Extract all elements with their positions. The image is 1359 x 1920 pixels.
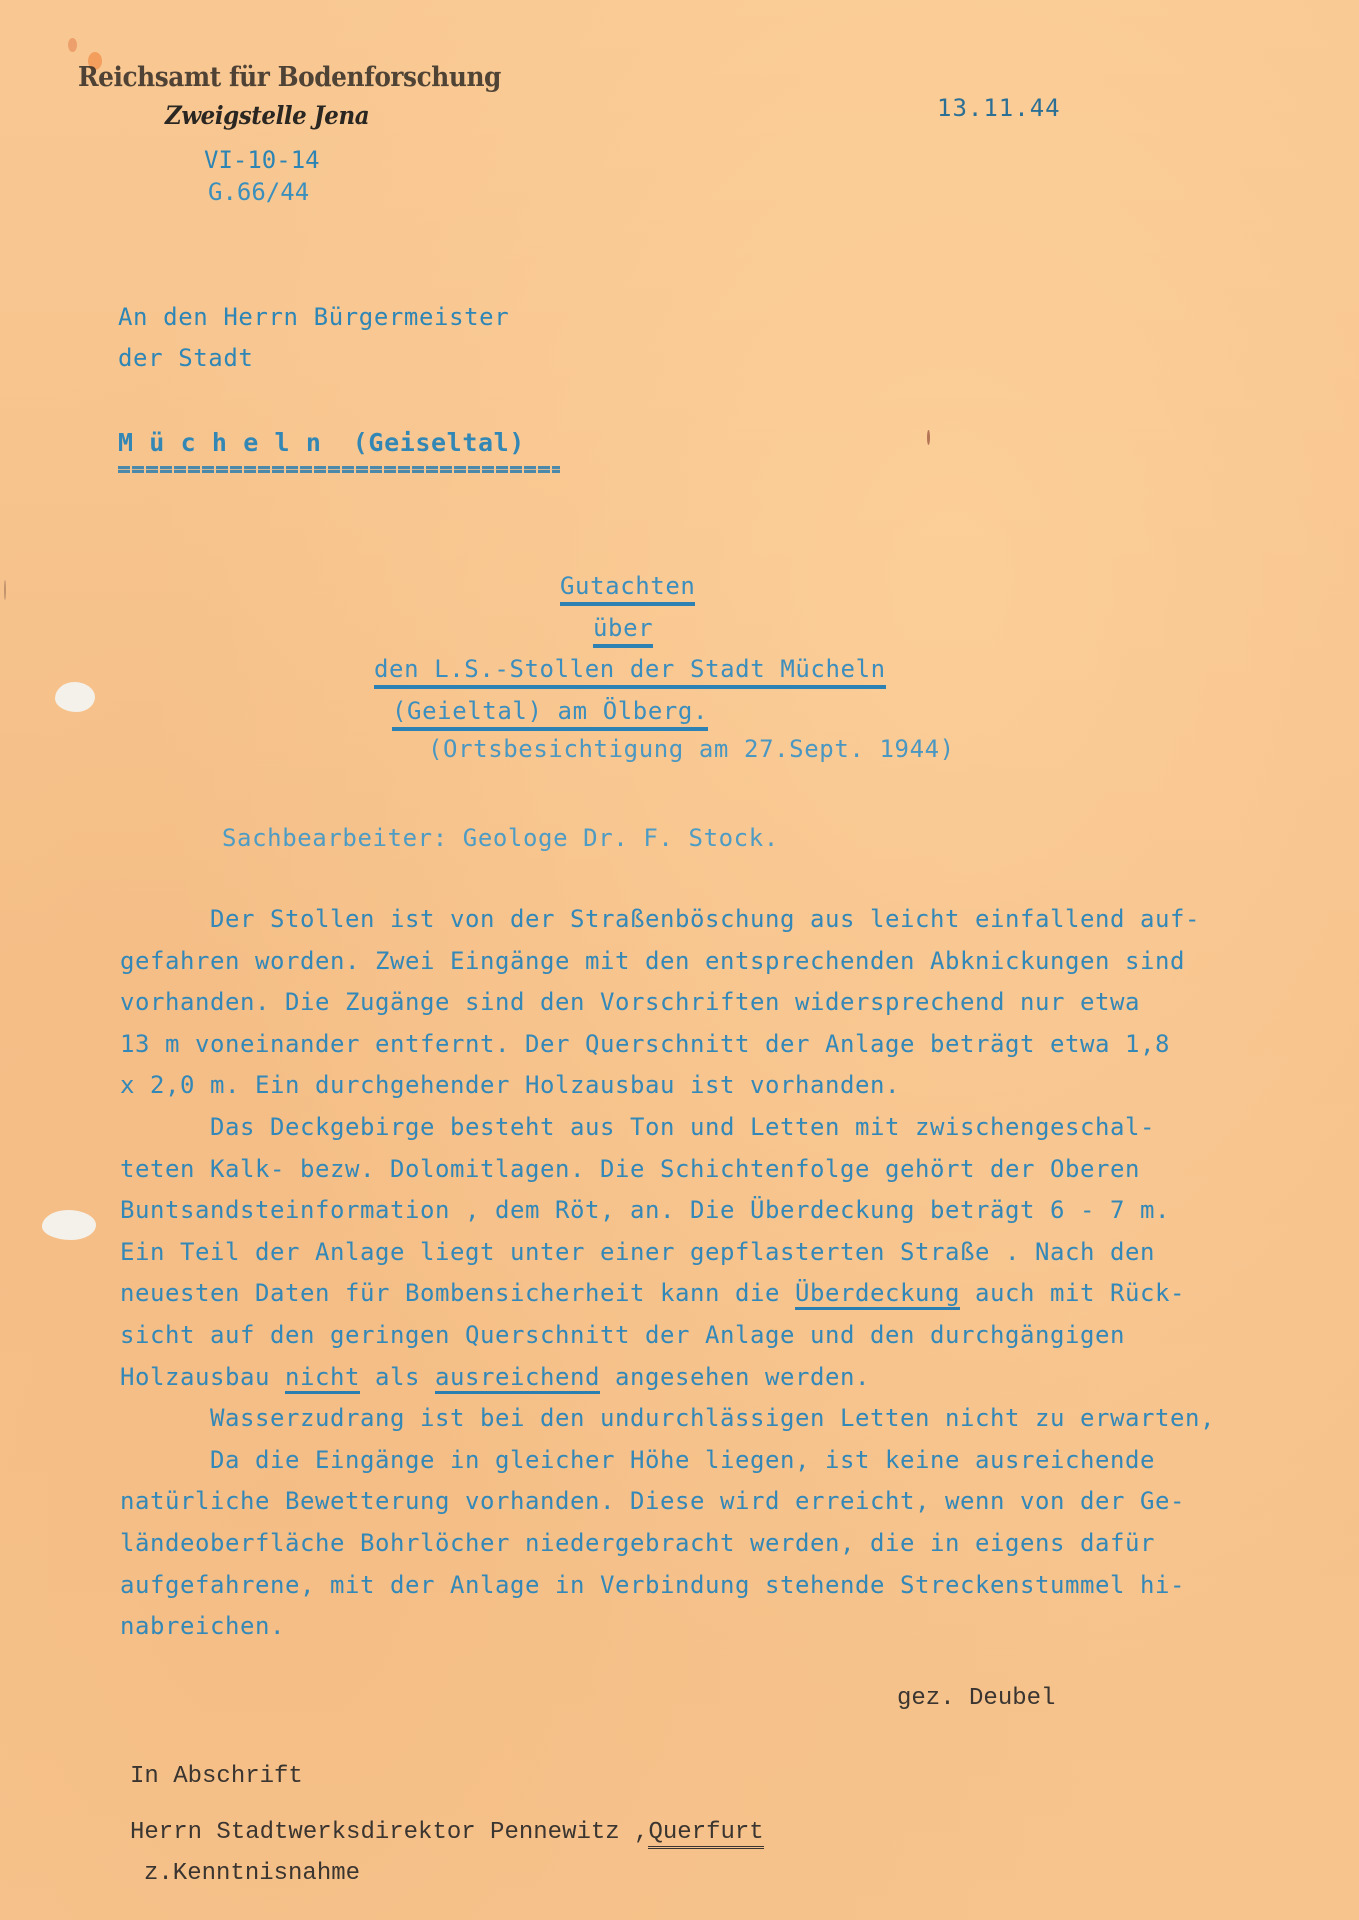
body-line: gefahren worden. Zwei Eingänge mit den e…	[120, 947, 1185, 975]
title-line-2: über	[593, 614, 653, 642]
document-date: 13.11.44	[937, 94, 1061, 122]
body-line: teten Kalk- bezw. Dolomitlagen. Die Schi…	[120, 1155, 1140, 1183]
title-ueber: über	[593, 614, 653, 648]
title-location: (Geieltal) am Ölberg.	[392, 697, 708, 731]
stain-mark	[4, 580, 6, 600]
punch-hole	[55, 682, 95, 712]
body-line: Buntsandsteinformation , dem Röt, an. Di…	[120, 1196, 1170, 1224]
city-double-rule	[118, 466, 560, 473]
copy-recipient-name: Herrn Stadtwerksdirektor Pennewitz ,	[130, 1819, 648, 1846]
body-line: ländeoberfläche Bohrlöcher niedergebrach…	[120, 1529, 1155, 1557]
title-line-3: den L.S.-Stollen der Stadt Mücheln	[374, 655, 886, 683]
title-subject: den L.S.-Stollen der Stadt Mücheln	[374, 655, 886, 689]
copy-heading: In Abschrift	[130, 1763, 303, 1790]
body-line: nabreichen.	[120, 1612, 285, 1640]
body-line: neuesten Daten für Bombensicherheit kann…	[120, 1279, 1185, 1307]
clerk-line: Sachbearbeiter: Geologe Dr. F. Stock.	[222, 824, 779, 852]
copy-recipient-place: Querfurt	[648, 1819, 763, 1849]
body-line: natürliche Bewetterung vorhanden. Diese …	[120, 1487, 1185, 1515]
emphasized-word: ausreichend	[435, 1363, 600, 1394]
stain-mark	[68, 38, 77, 52]
body-line: vorhanden. Die Zugänge sind den Vorschri…	[120, 988, 1140, 1016]
recipient-line-1: An den Herrn Bürgermeister	[118, 303, 509, 331]
file-number: G.66/44	[208, 178, 309, 206]
punch-hole	[42, 1210, 96, 1240]
document-page: Reichsamt für Bodenforschung Zweigstelle…	[0, 0, 1359, 1920]
body-line: Wasserzudrang ist bei den undurchlässige…	[120, 1404, 1215, 1432]
inspection-date: (Ortsbesichtigung am 27.Sept. 1944)	[428, 735, 955, 763]
title-gutachten: Gutachten	[560, 572, 695, 606]
body-line: Holzausbau nicht als ausreichend angeseh…	[120, 1363, 870, 1391]
body-line: Ein Teil der Anlage liegt unter einer ge…	[120, 1238, 1155, 1266]
letterhead-branch: Zweigstelle Jena	[165, 101, 369, 130]
copy-purpose: z.Kenntnisnahme	[144, 1860, 360, 1887]
body-line: aufgefahrene, mit der Anlage in Verbindu…	[120, 1571, 1185, 1599]
emphasized-word: Überdeckung	[795, 1279, 960, 1310]
recipient-city: M ü c h e l n (Geiseltal)	[118, 428, 525, 457]
signature: gez. Deubel	[897, 1685, 1055, 1712]
body-line: sicht auf den geringen Querschnitt der A…	[120, 1321, 1125, 1349]
body-line: x 2,0 m. Ein durchgehender Holzausbau is…	[120, 1071, 900, 1099]
emphasized-word: nicht	[285, 1363, 360, 1394]
body-line: Der Stollen ist von der Straßenböschung …	[120, 905, 1200, 933]
body-line: Das Deckgebirge besteht aus Ton und Lett…	[120, 1113, 1155, 1141]
title-line-1: Gutachten	[560, 572, 695, 600]
copy-recipient: Herrn Stadtwerksdirektor Pennewitz ,Quer…	[130, 1819, 764, 1846]
title-line-4: (Geieltal) am Ölberg.	[392, 697, 708, 725]
body-line: Da die Eingänge in gleicher Höhe liegen,…	[120, 1446, 1155, 1474]
body-line: 13 m voneinander entfernt. Der Querschni…	[120, 1030, 1170, 1058]
letterhead-institution: Reichsamt für Bodenforschung	[78, 62, 501, 93]
reference-number: VI-10-14	[204, 146, 320, 174]
recipient-line-2: der Stadt	[118, 344, 253, 372]
stain-mark	[927, 430, 930, 445]
